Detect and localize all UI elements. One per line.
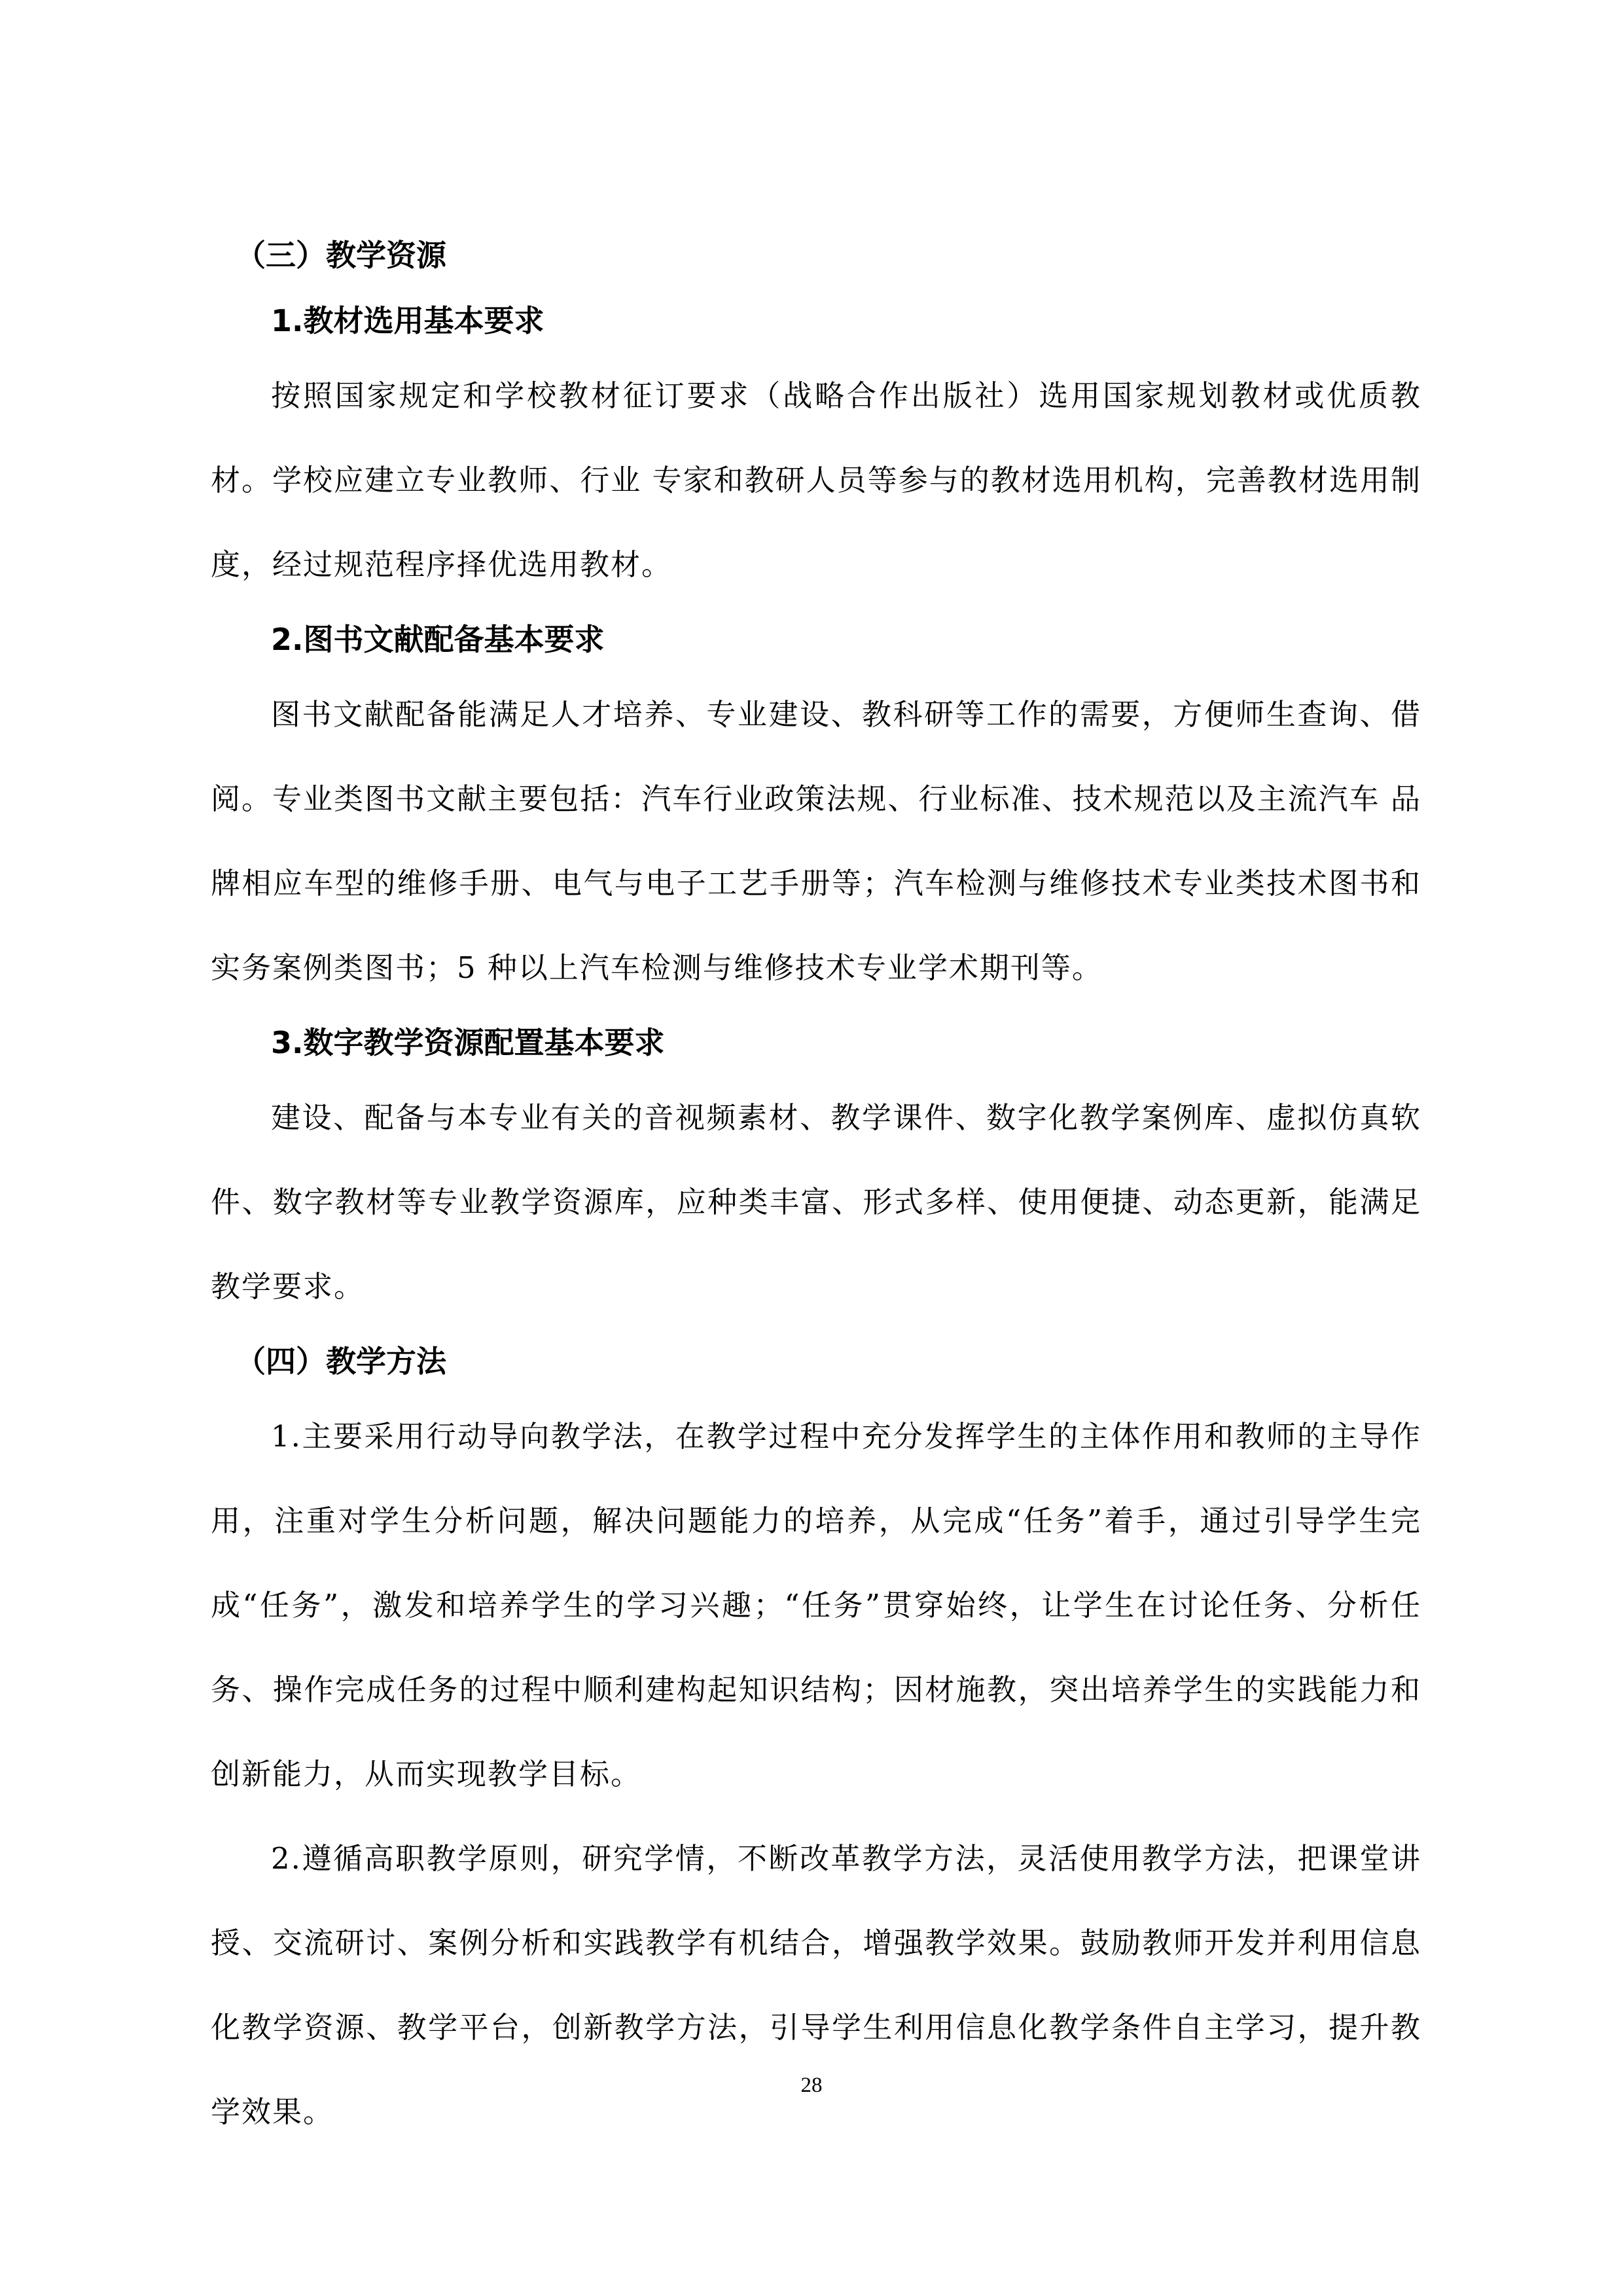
subheading-library-resources: 2.图书文献配备基本要求 — [211, 607, 1421, 672]
paragraph-textbook-selection: 按照国家规定和学校教材征订要求（战略合作出版社）选用国家规划教材或优质教材。学校… — [211, 353, 1421, 607]
section-heading-teaching-methods: （四）教学方法 — [211, 1329, 1421, 1394]
paragraph-library-resources: 图书文献配备能满足人才培养、专业建设、教科研等工作的需要，方便师生查询、借阅。专… — [211, 672, 1421, 1010]
subheading-textbook-selection: 1.教材选用基本要求 — [211, 288, 1421, 353]
subheading-digital-resources: 3.数字教学资源配置基本要求 — [211, 1010, 1421, 1075]
paragraph-teaching-method-2: 2.遵循高职教学原则，研究学情，不断改革教学方法，灵活使用教学方法，把课堂讲授、… — [211, 1816, 1421, 2154]
page-number: 28 — [0, 2073, 1623, 2098]
document-page: （三）教学资源 1.教材选用基本要求 按照国家规定和学校教材征订要求（战略合作出… — [211, 223, 1421, 2154]
section-heading-teaching-resources: （三）教学资源 — [211, 223, 1421, 288]
paragraph-teaching-method-1: 1.主要采用行动导向教学法，在教学过程中充分发挥学生的主体作用和教师的主导作用，… — [211, 1394, 1421, 1816]
paragraph-digital-resources: 建设、配备与本专业有关的音视频素材、教学课件、数字化教学案例库、虚拟仿真软件、数… — [211, 1075, 1421, 1329]
